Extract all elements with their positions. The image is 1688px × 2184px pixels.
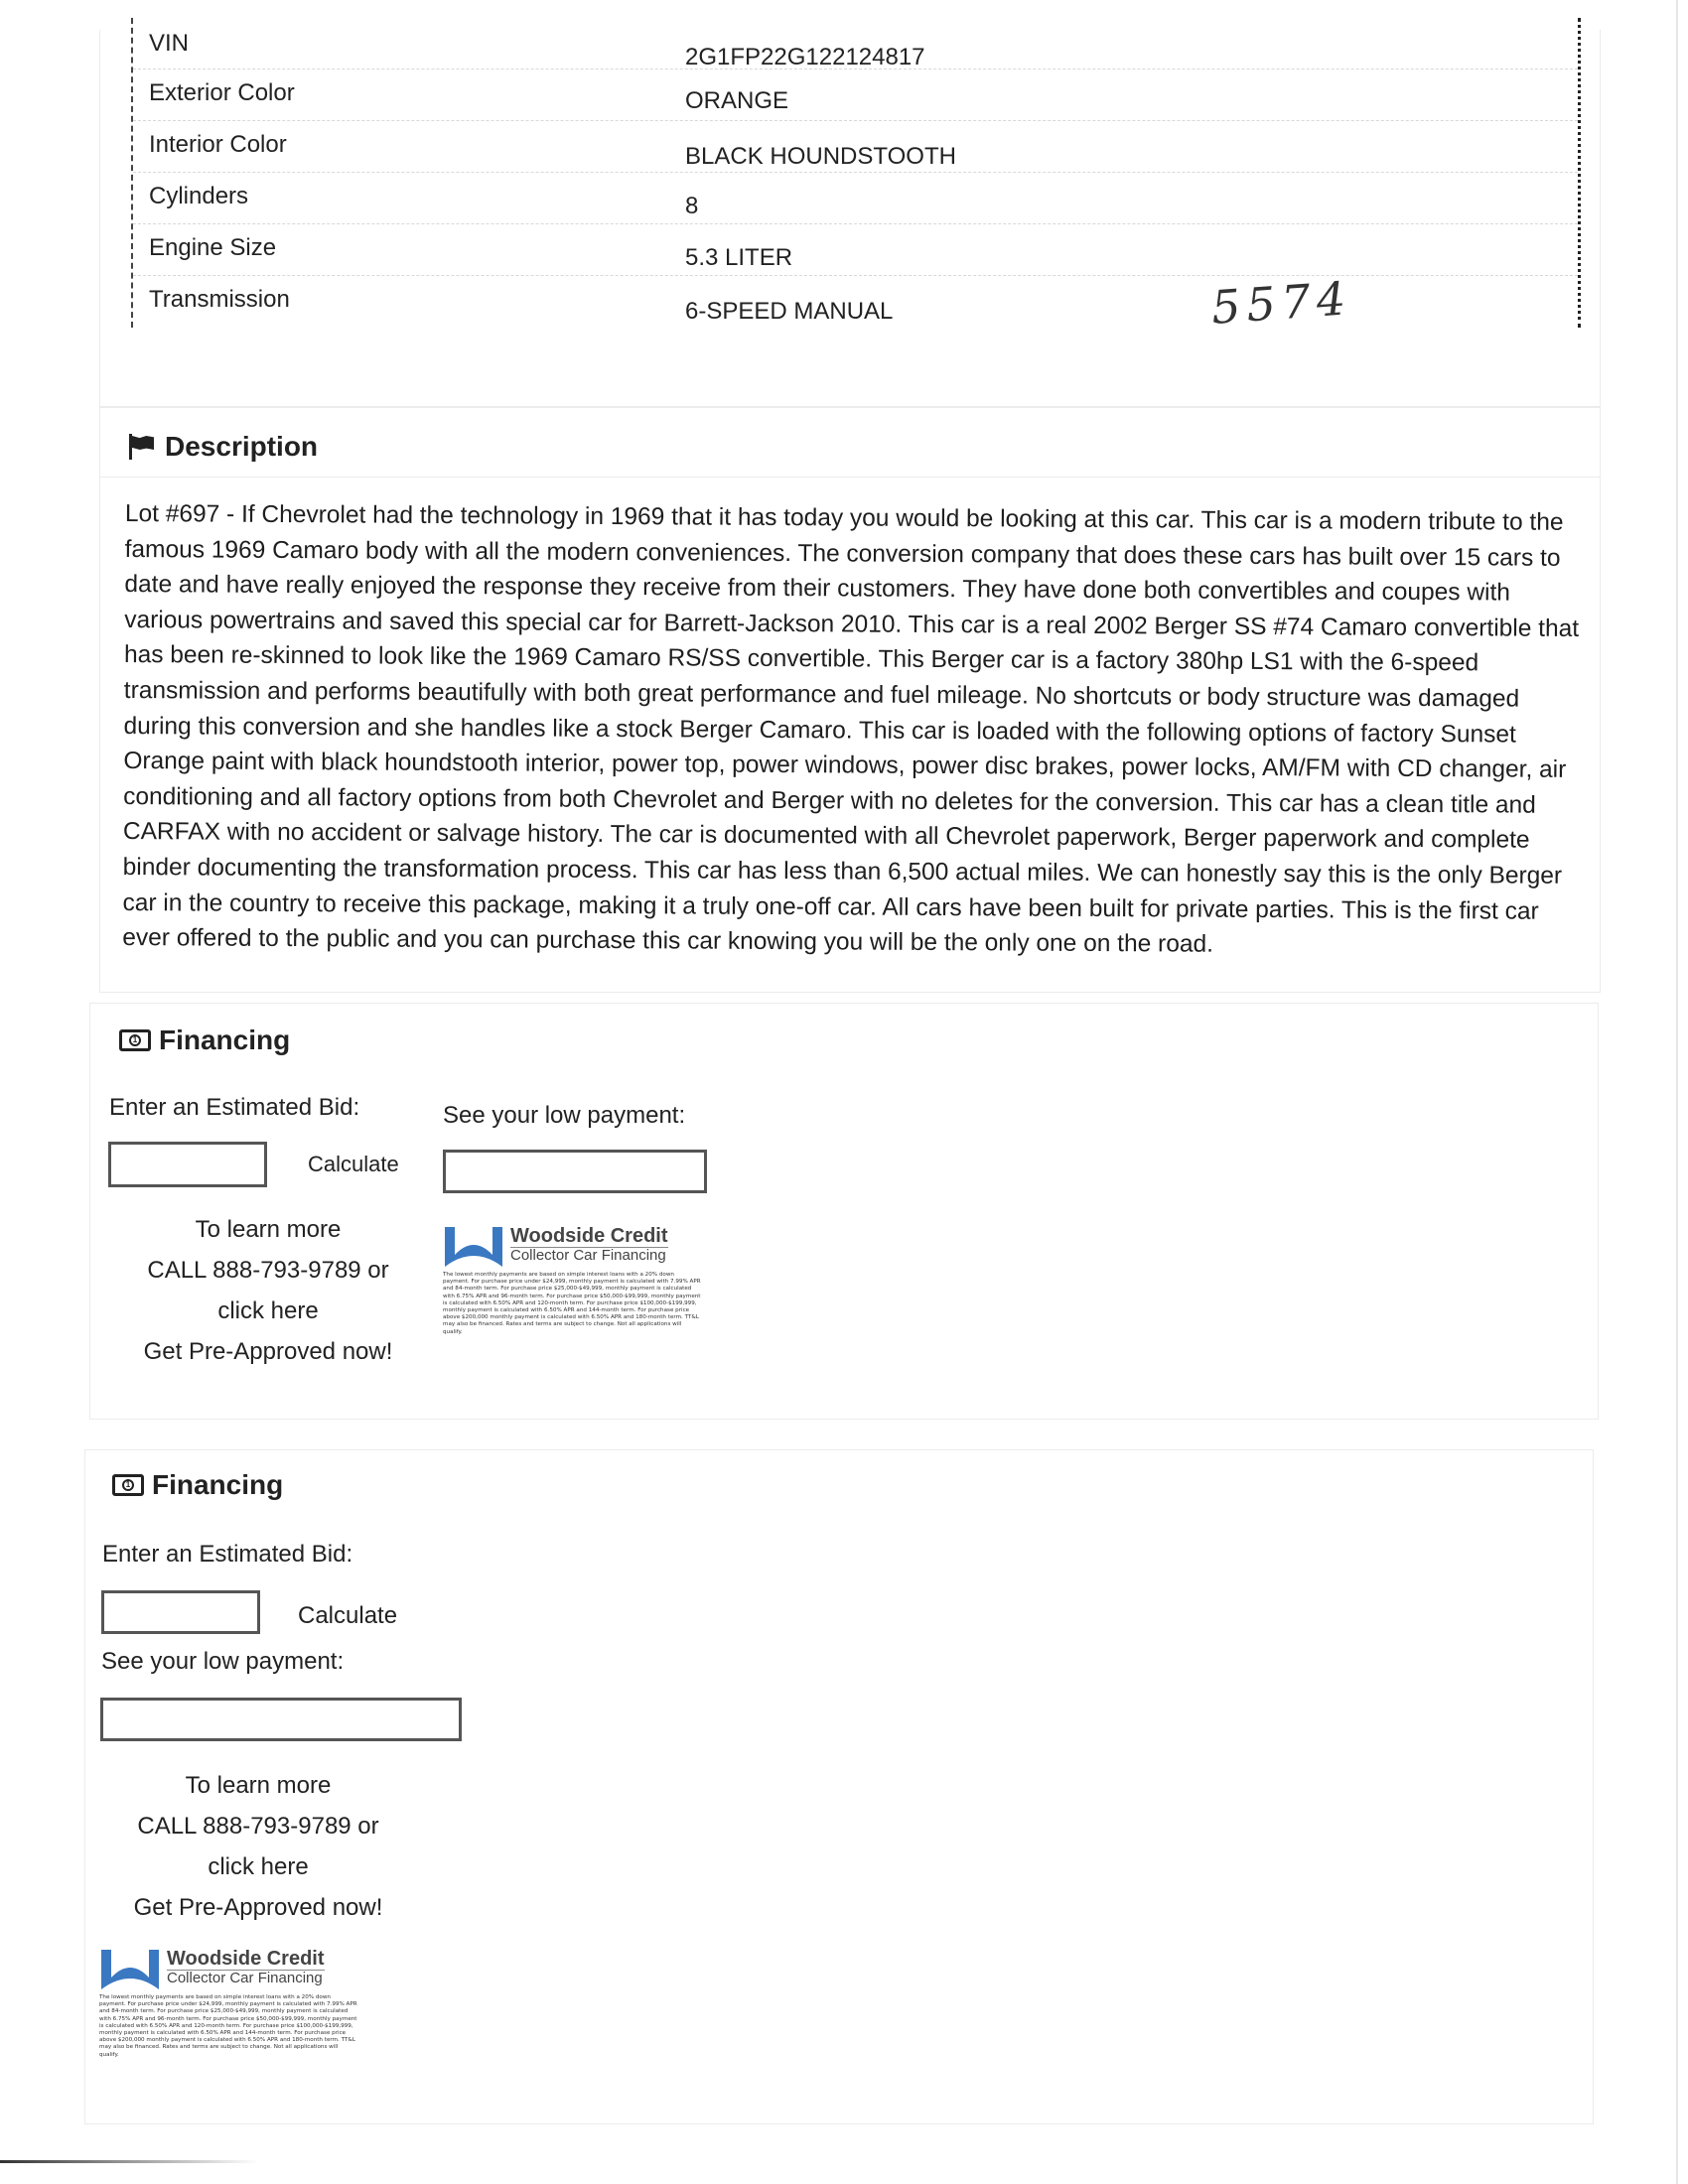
low-payment-label: See your low payment: [443, 1102, 685, 1130]
financing-title: Financing [159, 1024, 290, 1056]
estimated-bid-label: Enter an Estimated Bid: [109, 1094, 359, 1122]
estimated-bid-input[interactable] [101, 1590, 260, 1634]
divider [99, 477, 1601, 478]
scan-edge [1676, 0, 1678, 2184]
scan-edge [0, 2160, 258, 2163]
learn-more-text: To learn more [109, 1765, 407, 1806]
spec-panel [99, 30, 1601, 407]
woodside-credit-ad[interactable]: Woodside Credit Collector Car Financing … [99, 1948, 357, 2059]
click-here-link[interactable]: click here [208, 1853, 308, 1880]
learn-more-block: To learn more CALL 888-793-9789 or click… [109, 1765, 407, 1928]
estimated-bid-input[interactable] [108, 1142, 267, 1187]
call-phone-text: CALL 888-793-9789 or [109, 1806, 407, 1846]
woodside-tagline: Collector Car Financing [167, 1970, 325, 1986]
flag-icon [127, 434, 157, 460]
pre-approved-text: Get Pre-Approved now! [109, 1887, 407, 1928]
description-text: Lot #697 - If Chevrolet had the technolo… [122, 496, 1595, 965]
click-here-link[interactable]: click here [217, 1297, 318, 1324]
calculate-button[interactable]: Calculate [298, 1602, 397, 1630]
description-title: Description [165, 431, 318, 463]
money-icon: 1 [119, 1029, 151, 1051]
financing-title: Financing [152, 1469, 283, 1501]
woodside-name: Woodside Credit [510, 1225, 668, 1247]
learn-more-block: To learn more CALL 888-793-9789 or click… [119, 1209, 417, 1372]
woodside-logo-icon [99, 1948, 161, 1991]
financing-heading: 1 Financing [119, 1024, 290, 1056]
money-icon: 1 [112, 1474, 144, 1496]
woodside-fine-print: The lowest monthly payments are based on… [443, 1272, 701, 1336]
woodside-fine-print: The lowest monthly payments are based on… [99, 1994, 357, 2059]
description-heading: Description [127, 431, 318, 463]
calculate-button[interactable]: Calculate [308, 1152, 399, 1177]
low-payment-output[interactable] [443, 1150, 707, 1193]
woodside-tagline: Collector Car Financing [510, 1247, 668, 1264]
pre-approved-text: Get Pre-Approved now! [119, 1331, 417, 1372]
estimated-bid-label: Enter an Estimated Bid: [102, 1541, 352, 1569]
low-payment-label: See your low payment: [101, 1648, 344, 1676]
low-payment-output[interactable] [100, 1698, 462, 1741]
learn-more-text: To learn more [119, 1209, 417, 1250]
call-phone-text: CALL 888-793-9789 or [119, 1250, 417, 1291]
woodside-logo-icon [443, 1225, 504, 1269]
woodside-credit-ad[interactable]: Woodside Credit Collector Car Financing … [443, 1225, 701, 1336]
woodside-name: Woodside Credit [167, 1948, 325, 1970]
financing-heading: 1 Financing [112, 1469, 283, 1501]
